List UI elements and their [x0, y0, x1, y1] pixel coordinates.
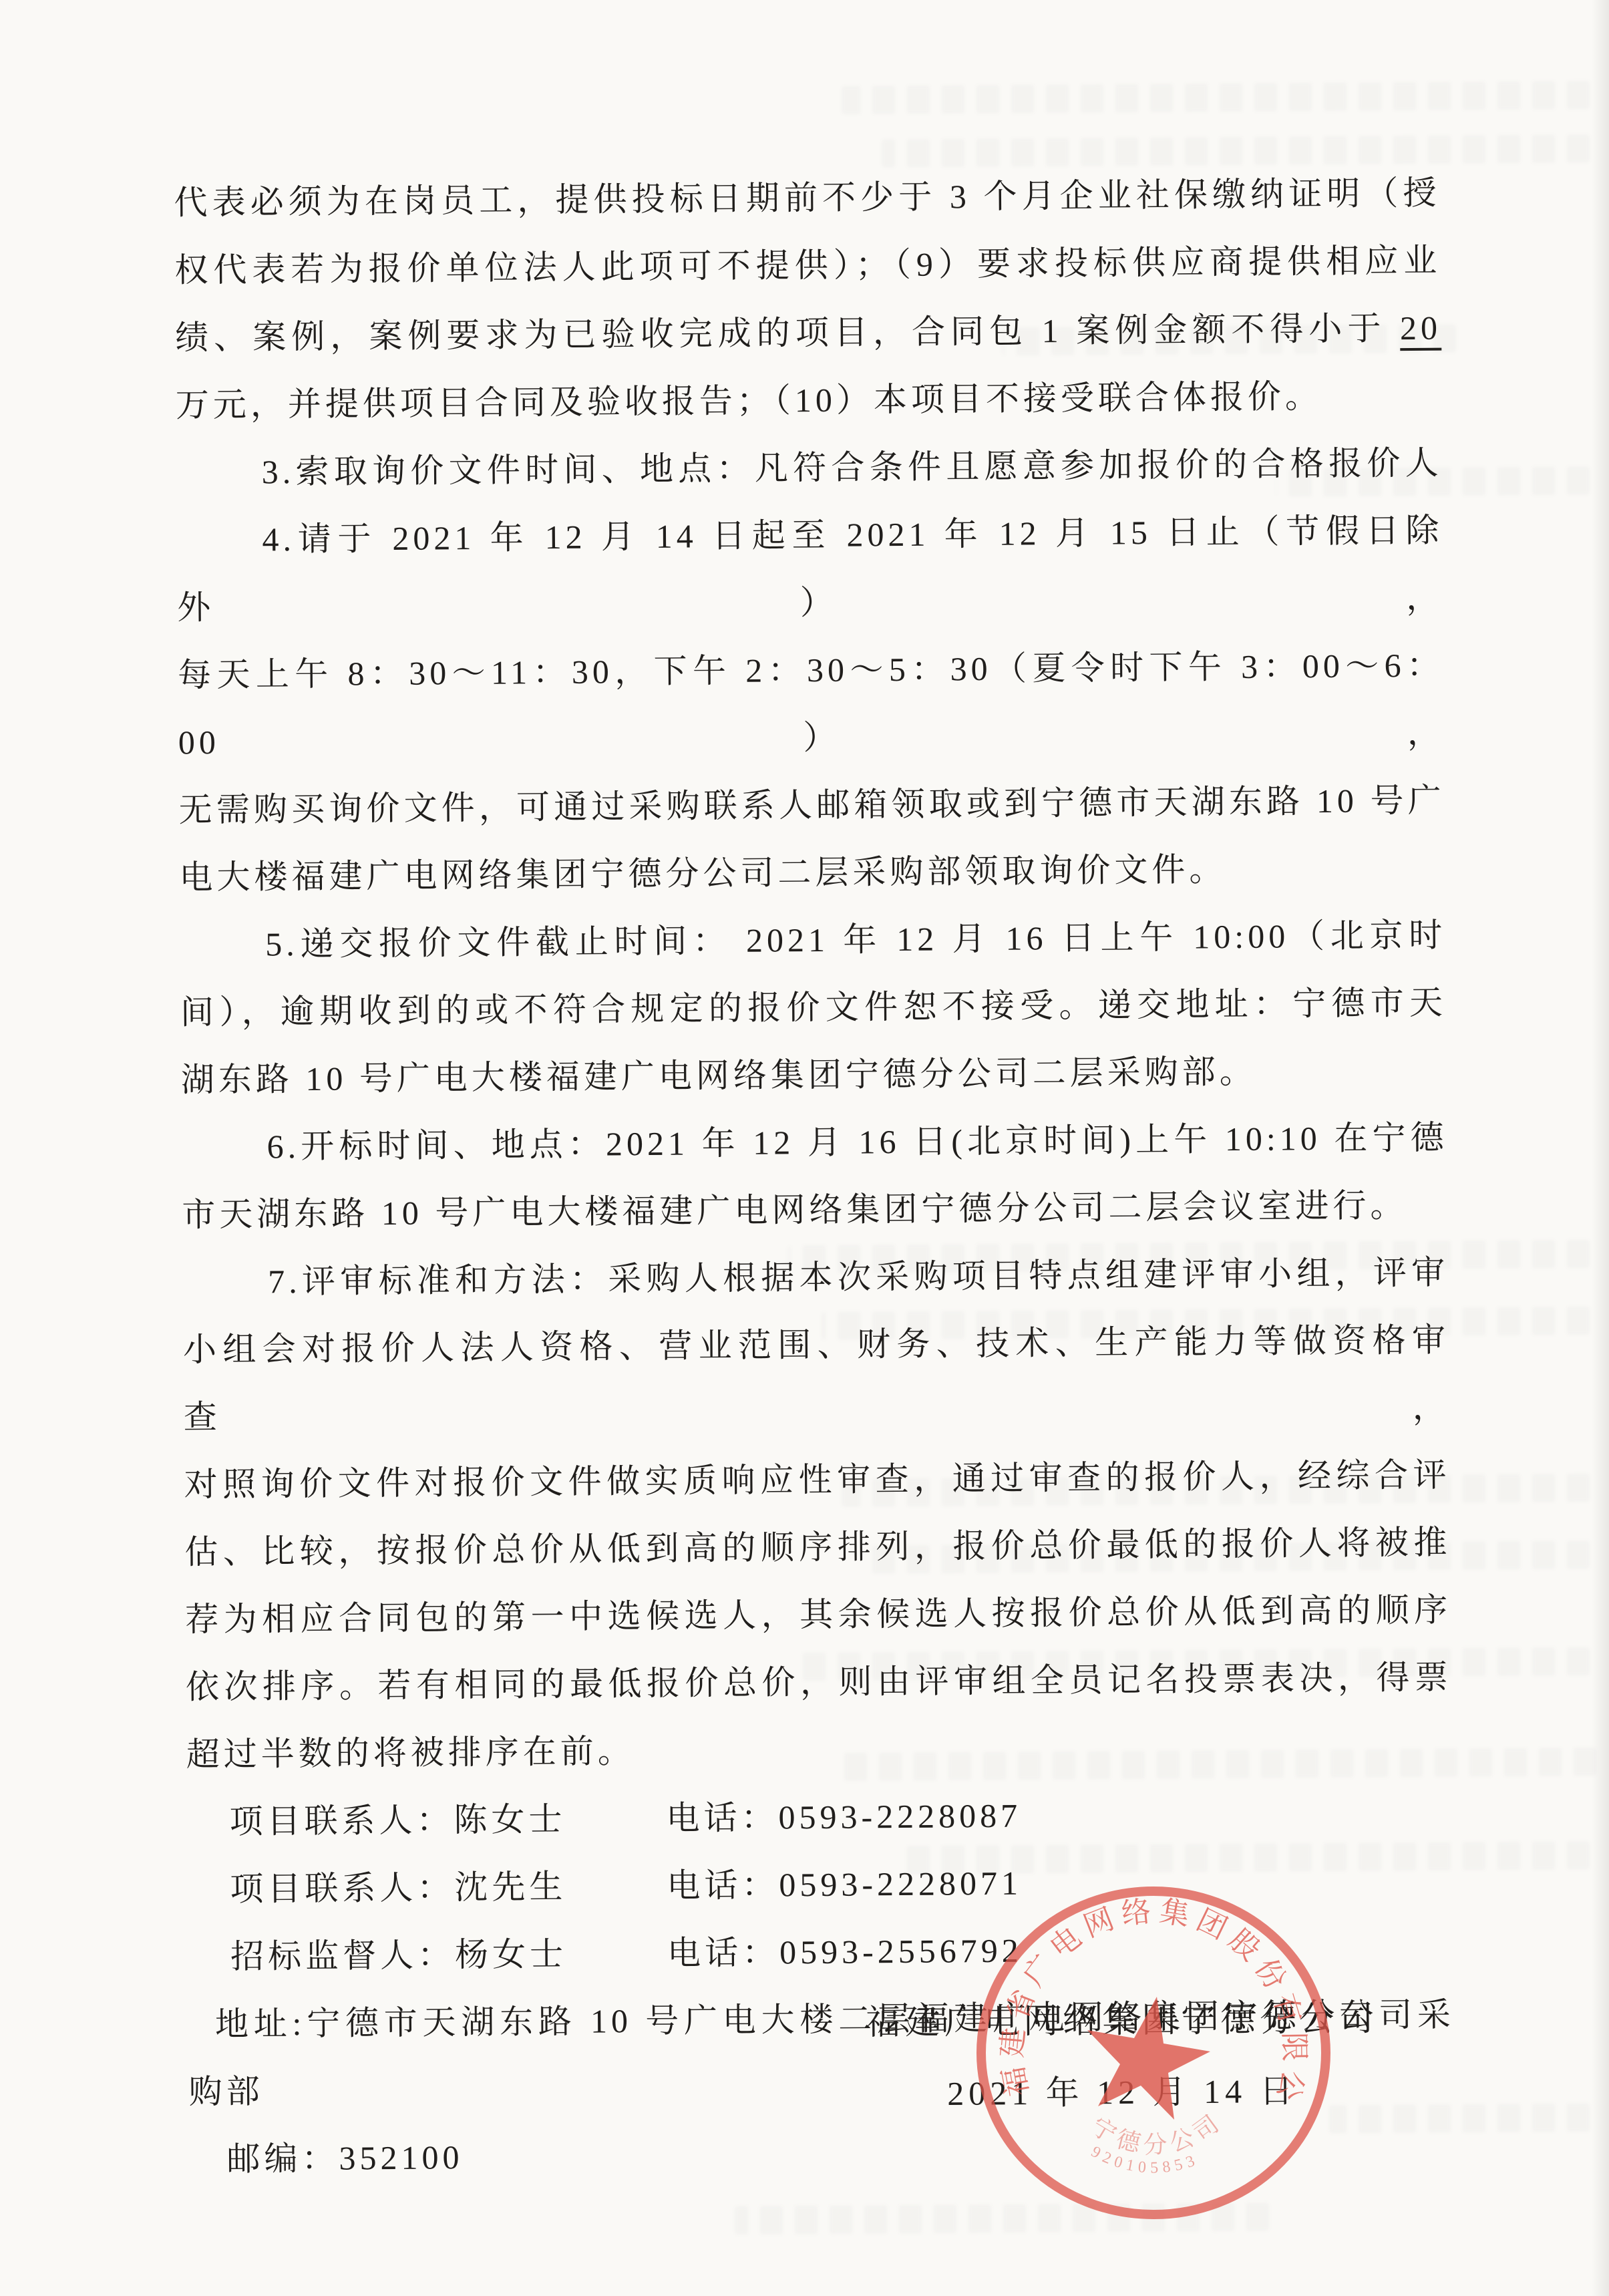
scanned-document-page: 代表必须为在岗员工，提供投标日期前不少于 3 个月企业社保缴纳证明（授权代表若为… [0, 0, 1609, 2296]
text-segment: 湖东路 10 号广电大楼福建广电网络集团宁德分公司二层采购部。 [181, 1053, 1257, 1099]
text-segment: 代表必须为在岗员工，提供投标日期前不少于 3 个月企业社保缴纳证明（授 [174, 174, 1440, 222]
contact-person: 项目联系人：陈女士 [229, 1800, 566, 1840]
contact-person: 项目联系人：沈先生 [230, 1868, 566, 1908]
text-segment: 电大楼福建广电网络集团宁德分公司二层采购部领取询价文件。 [179, 850, 1226, 896]
page-edge-shadow [1592, 0, 1609, 2296]
text-segment: 超过半数的将被排序在前。 [186, 1732, 635, 1773]
text-line: 5.递交报价文件截止时间： 2021 年 12 月 16 日上午 10:00（北… [180, 902, 1447, 979]
text-segment: 依次排序。若有相同的最低报价总价，则由评审组全员记名投票表决，得票 [186, 1659, 1452, 1706]
text-segment: 无需购买询价文件，可通过采购联系人邮箱领取或到宁德市天湖东路 10 号广 [178, 782, 1445, 829]
text-segment: 4.请于 2021 年 12 月 14 日起至 2021 年 12 月 15 日… [177, 512, 1443, 627]
text-line: 万元，并提供项目合同及验收报告；（10）本项目不接受联合体报价。 [176, 362, 1443, 440]
text-line: 间），逾期收到的或不符合规定的报价文件恕不接受。递交地址：宁德市天 [180, 969, 1447, 1047]
text-line: 4.请于 2021 年 12 月 14 日起至 2021 年 12 月 15 日… [176, 497, 1444, 642]
text-line: 每天上午 8：30～11：30，下午 2：30～5：30（夏令时下午 3：00～… [178, 632, 1445, 777]
underlined-amount: 20 [1400, 309, 1441, 351]
contact-phone: 电话：0593-2228071 [667, 1864, 1022, 1905]
body-paragraph-lines: 代表必须为在岗员工，提供投标日期前不少于 3 个月企业社保缴纳证明（授权代表若为… [174, 160, 1453, 1789]
text-line: 荐为相应合同包的第一中选候选人，其余候选人按报价总价从低到高的顺序 [185, 1577, 1452, 1654]
text-line: 无需购买询价文件，可通过采购联系人邮箱领取或到宁德市天湖东路 10 号广 [178, 767, 1445, 844]
text-line: 小组会对报价人法人资格、营业范围、财务、技术、生产能力等做资格审查， [183, 1307, 1451, 1452]
contact-person: 招标监督人：杨女士 [230, 1935, 567, 1975]
bleed-through [842, 81, 1590, 114]
text-line: 权代表若为报价单位法人此项可不提供）；（9）要求投标供应商提供相应业 [174, 227, 1441, 305]
text-segment: 对照询价文件对报价文件做实质响应性审查，通过审查的报价人，经综合评 [184, 1456, 1450, 1504]
text-segment: 绩、案例，案例要求为已验收完成的项目，合同包 1 案例金额不得小于 [175, 309, 1400, 356]
text-segment: 5.递交报价文件截止时间： 2021 年 12 月 16 日上午 10:00（北… [265, 917, 1446, 963]
text-line: 湖东路 10 号广电大楼福建广电网络集团宁德分公司二层采购部。 [180, 1037, 1447, 1114]
text-segment: 6.开标时间、地点：2021 年 12 月 16 日(北京时间)上午 10:10… [266, 1119, 1447, 1166]
seal-star-icon [1087, 1997, 1210, 2120]
text-line: 超过半数的将被排序在前。 [186, 1711, 1453, 1789]
text-segment: 7.评审标准和方法：采购人根据本次采购项目特点组建评审小组，评审 [268, 1254, 1449, 1301]
contact-phone: 电话：0593-2228087 [666, 1797, 1021, 1837]
text-line: 7.评审标准和方法：采购人根据本次采购项目特点组建评审小组，评审 [182, 1239, 1449, 1317]
text-segment: 间），逾期收到的或不符合规定的报价文件恕不接受。递交地址：宁德市天 [180, 984, 1447, 1031]
text-line: 绩、案例，案例要求为已验收完成的项目，合同包 1 案例金额不得小于 20 [175, 295, 1442, 372]
contact-row: 项目联系人：陈女士电话：0593-2228087 [186, 1779, 1453, 1856]
text-line: 市天湖东路 10 号广电大楼福建广电网络集团宁德分公司二层会议室进行。 [182, 1172, 1449, 1249]
text-segment: 每天上午 8：30～11：30，下午 2：30～5：30（夏令时下午 3：00～… [178, 647, 1445, 762]
contact-phone: 电话：0593-2556792 [667, 1932, 1023, 1972]
text-segment: 万元，并提供项目合同及验收报告；（10）本项目不接受联合体报价。 [176, 377, 1322, 424]
text-line: 对照询价文件对报价文件做实质响应性审查，通过审查的报价人，经综合评 [184, 1442, 1451, 1519]
text-segment: 荐为相应合同包的第一中选候选人，其余候选人按报价总价从低到高的顺序 [185, 1591, 1451, 1639]
text-segment: 小组会对报价人法人资格、营业范围、财务、技术、生产能力等做资格审查， [183, 1321, 1450, 1436]
text-line: 依次排序。若有相同的最低报价总价，则由评审组全员记名投票表决，得票 [186, 1644, 1453, 1721]
text-line: 电大楼福建广电网络集团宁德分公司二层采购部领取询价文件。 [179, 834, 1446, 912]
text-segment: 权代表若为报价单位法人此项可不提供）；（9）要求投标供应商提供相应业 [174, 242, 1441, 289]
text-line: 估、比较，按报价总价从低到高的顺序排列，报价总价最低的报价人将被推 [184, 1509, 1451, 1587]
text-segment: 3.索取询价文件时间、地点：凡符合条件且愿意参加报价的合格报价人 [261, 444, 1442, 491]
text-line: 代表必须为在岗员工，提供投标日期前不少于 3 个月企业社保缴纳证明（授 [174, 160, 1441, 237]
text-line: 3.索取询价文件时间、地点：凡符合条件且愿意参加报价的合格报价人 [176, 430, 1443, 507]
text-segment: 估、比较，按报价总价从低到高的顺序排列，报价总价最低的报价人将被推 [184, 1524, 1451, 1571]
text-line: 6.开标时间、地点：2021 年 12 月 16 日(北京时间)上午 10:10… [181, 1104, 1448, 1182]
official-seal: 福建省广电网络集团股份有限公司 宁德分公司 920105853 [973, 1886, 1334, 2220]
text-segment: 市天湖东路 10 号广电大楼福建广电网络集团宁德分公司二层会议室进行。 [182, 1186, 1407, 1233]
